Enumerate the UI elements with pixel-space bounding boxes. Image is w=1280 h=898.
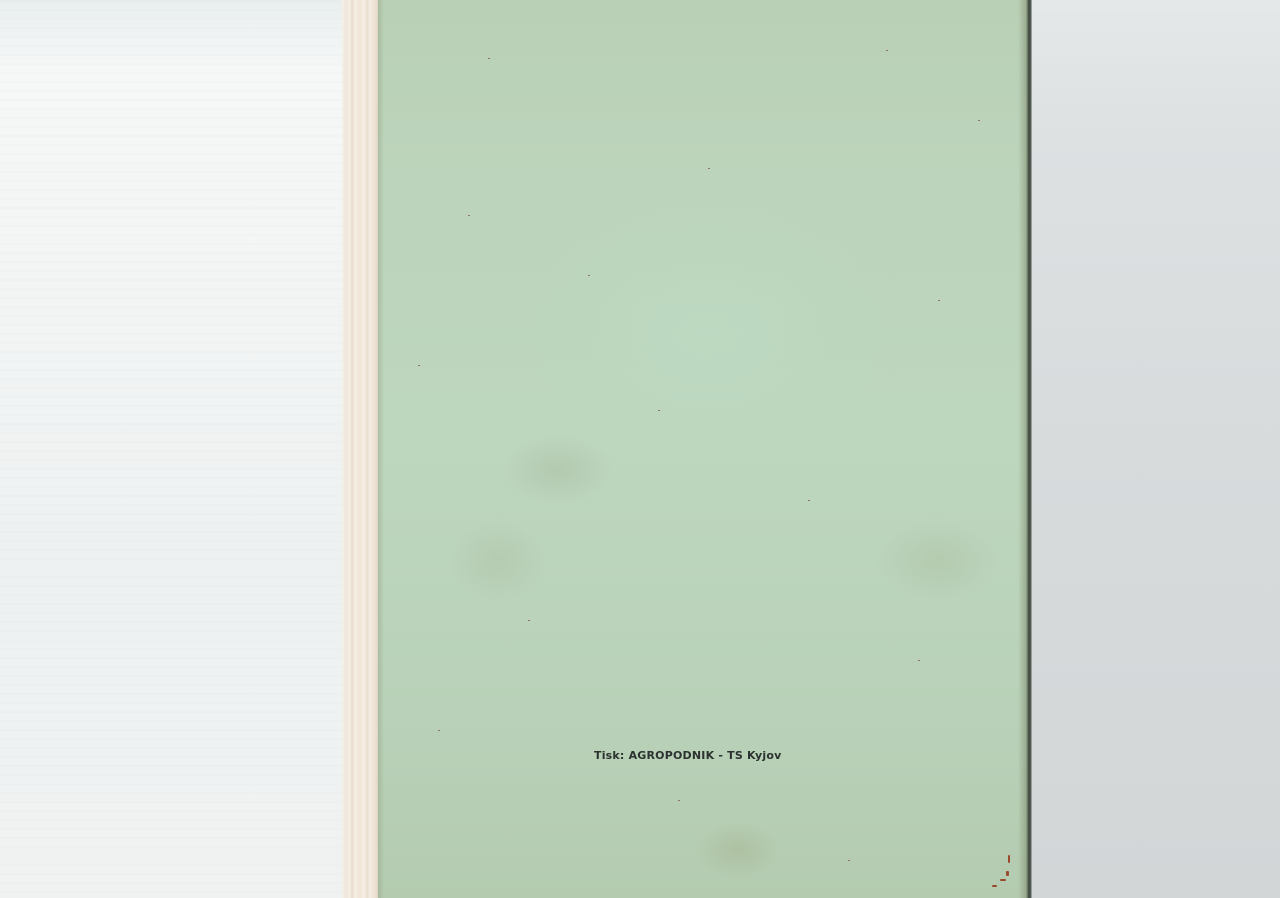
left-scanner-background [0, 0, 345, 898]
paper-fiber-speck [918, 660, 920, 661]
right-scanner-background [1030, 0, 1280, 898]
scanned-page: Tisk: AGROPODNIK - TS Kyjov [0, 0, 1280, 898]
paper-fiber-speck [438, 730, 440, 731]
paper-fiber-speck [468, 215, 470, 216]
paper-fiber-speck [488, 58, 490, 59]
cover-left-shadow [378, 0, 384, 898]
booklet-page-edges [342, 0, 382, 898]
paper-fiber-speck [886, 50, 888, 51]
paper-fiber-speck [588, 275, 590, 276]
cover-right-edge [1018, 0, 1032, 898]
paper-fiber-speck [678, 800, 680, 801]
paper-fiber-speck [808, 500, 810, 501]
paper-fiber-speck [418, 365, 420, 366]
back-cover [378, 0, 1030, 898]
paper-fiber-speck [848, 860, 850, 861]
paper-fiber-speck [978, 120, 980, 121]
rust-stain [990, 855, 1020, 895]
printer-imprint: Tisk: AGROPODNIK - TS Kyjov [594, 749, 781, 762]
paper-fiber-speck [938, 300, 940, 301]
paper-fiber-speck [708, 168, 710, 169]
paper-fiber-speck [528, 620, 530, 621]
paper-fiber-speck [658, 410, 660, 411]
